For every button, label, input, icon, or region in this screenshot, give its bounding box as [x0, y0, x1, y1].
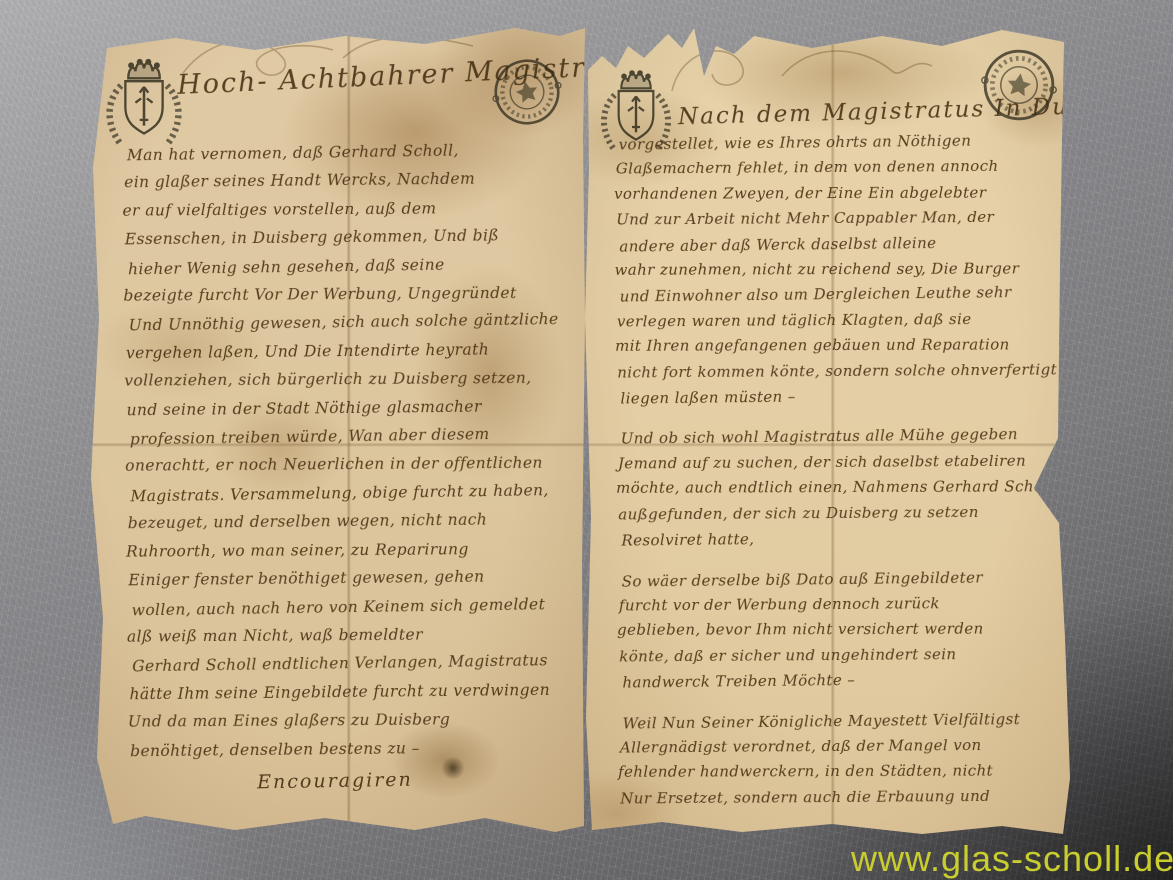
ink-flourish [662, 36, 982, 106]
manuscript-line: Und da man Eines glaßers zu Duisberg [128, 705, 574, 737]
manuscript-line: So wäer derselbe biß Dato auß Eingebilde… [622, 564, 1060, 594]
manuscript-line: Ruhroorth, wo man seiner, zu Reparirung [126, 534, 572, 566]
manuscript-line: furcht vor der Werbung dennoch zurück [619, 590, 1057, 618]
manuscript-line: vorgestellet, wie es Ihres ohrts an Nöth… [619, 128, 1057, 158]
manuscript-line: möchte, auch endtlich einen, Nahmens Ger… [616, 475, 1054, 502]
manuscript-line: mit Ihren angefangenen gebäuen und Repar… [615, 333, 1053, 360]
manuscript-line: Und zur Arbeit nicht Mehr Cappabler Man,… [616, 205, 1054, 233]
manuscript-line: vergehen laßen, Und Die Intendirte heyra… [126, 335, 572, 368]
photo-of-manuscript-on-metal-surface: Hoch- Achtbahrer Magistrath Man hat vern… [0, 0, 1173, 880]
manuscript-page-right: Nach dem Magistratus In Duisberg vorgest… [582, 18, 1075, 840]
manuscript-line: er auf vielfaltiges vorstellen, auß dem [122, 193, 568, 225]
manuscript-line: andere aber daß Werck daselbst alleine [619, 229, 1057, 259]
manuscript-line: fehlender handwerckern, in den Städten, … [618, 759, 1056, 786]
manuscript-line: wahr zunehmen, nicht zu reichend sey, Di… [615, 256, 1053, 283]
manuscript-line: benöhtiget, denselben bestens zu – [130, 732, 576, 765]
circular-postmark-icon [484, 49, 569, 134]
manuscript-line: hätte Ihm seine Eingebildete furcht zu v… [129, 675, 575, 708]
manuscript-line: handwerck Treiben Möchte – [622, 666, 1060, 696]
manuscript-line: Resolviret hatte, [621, 524, 1059, 554]
manuscript-line: bezeuget, und derselben wegen, nicht nac… [128, 505, 574, 538]
manuscript-line: Nur Ersetzet, sondern auch die Erbauung … [620, 783, 1058, 811]
manuscript-line: liegen laßen müsten – [620, 382, 1058, 412]
manuscript-paragraph: vorgestellet, wie es Ihres ohrts an Nöth… [616, 128, 1056, 411]
manuscript-line: verlegen waren und täglich Klagten, daß … [617, 306, 1055, 334]
manuscript-line: geblieben, bevor Ihm nicht versichert we… [617, 617, 1055, 644]
manuscript-line: Glaßemachern fehlet, in dem von denen an… [616, 154, 1054, 182]
manuscript-line: ein glaßer seines Handt Wercks, Nachdem [124, 164, 570, 197]
manuscript-line: Jemand auf zu suchen, der sich daselbst … [618, 448, 1056, 476]
watermark-url: www.glas-scholl.de [851, 838, 1173, 880]
manuscript-line: Allergnädigst verordnet, daß der Mangel … [620, 732, 1058, 760]
circular-postmark-icon [975, 41, 1063, 129]
manuscript-line: vollenziehen, sich bürgerlich zu Duisber… [124, 364, 570, 396]
page-right-surface: Nach dem Magistratus In Duisberg vorgest… [582, 18, 1075, 840]
page-left-closing-word: Encouragiren [205, 768, 465, 795]
manuscript-paragraph: So wäer derselbe biß Dato auß Eingebilde… [619, 565, 1058, 695]
manuscript-paragraph: Und ob sich wohl Magistratus alle Mühe g… [618, 423, 1057, 553]
manuscript-paragraph: Weil Nun Seiner Königliche Mayestett Vie… [620, 707, 1059, 812]
page-right-text: vorgestellet, wie es Ihres ohrts an Nöth… [616, 128, 1059, 826]
page-left-surface: Hoch- Achtbahrer Magistrath Man hat vern… [85, 18, 587, 840]
manuscript-line: vorhandenen Zweyen, der Eine Ein abgeleb… [614, 180, 1052, 207]
manuscript-page-left: Hoch- Achtbahrer Magistrath Man hat vern… [85, 18, 587, 840]
manuscript-line: Weil Nun Seiner Königliche Mayestett Vie… [623, 706, 1061, 736]
page-left-text: Man hat vernomen, daß Gerhard Scholl,ein… [124, 136, 577, 766]
